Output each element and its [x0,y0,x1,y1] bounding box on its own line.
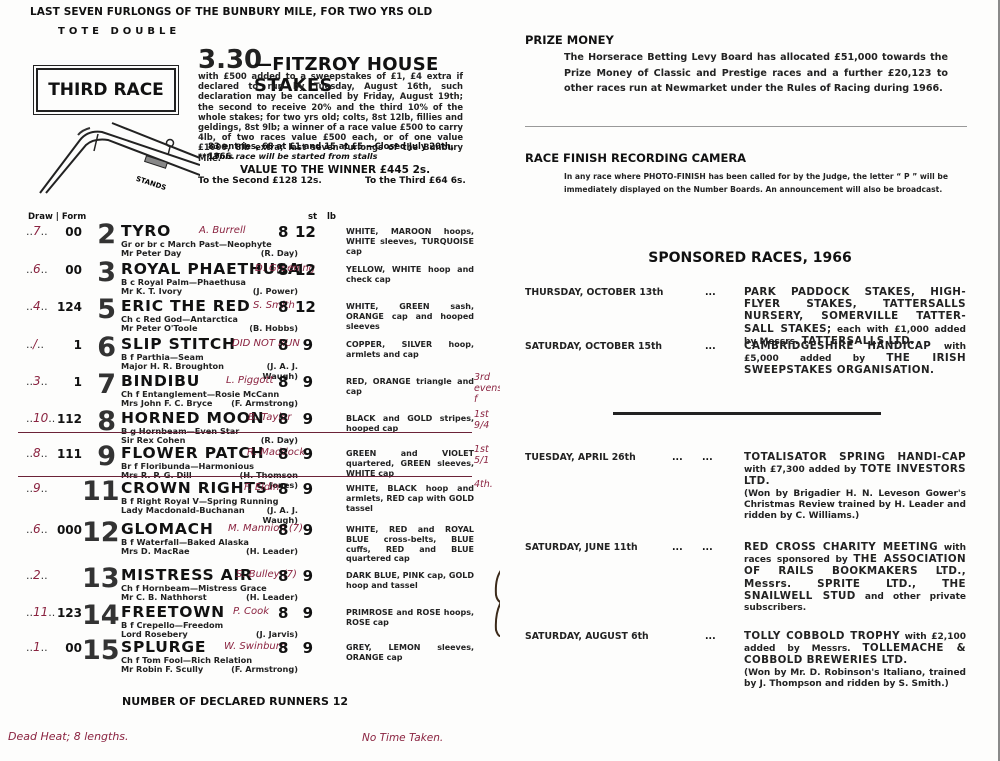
owner: Mr K. T. Ivory [121,286,182,296]
form-figures: 00 [52,641,82,655]
sponsored-race-date: THURSDAY, OCTOBER 13th [525,287,663,298]
sponsored-races-title: SPONSORED RACES, 1966 [500,250,1000,266]
sponsored-race-date: SATURDAY, AUGUST 6th [525,631,649,642]
racecard-number: 5 [82,295,116,325]
weight-stone: 8 [278,336,288,354]
weight-pounds: 9 [295,480,313,498]
weight-stone: 8 [278,373,288,391]
jockey-handwritten: L. Piggott [226,375,273,386]
racecard-number: 11 [82,477,116,507]
runner-row: ../..16SLIP STITCHDID NOT RUNB f Parthia… [0,335,500,373]
trainer: (H. Leader) [230,592,298,602]
owner: Major H. R. Broughton [121,361,224,371]
racing-colours: PRIMROSE and ROSE hoops, ROSE cap [346,608,474,628]
trainer: (J. Power) [230,286,298,296]
svg-text:STANDS: STANDS [135,175,167,192]
handwritten-time: No Time Taken. [362,732,443,744]
weight-pounds: 9 [295,521,313,539]
owner: Mrs John F. C. Bryce [121,398,212,408]
racecard-number: 3 [82,258,116,288]
racecard-number: 12 [82,518,116,548]
owner: Lady Macdonald-Buchanan [121,505,245,515]
jockey-handwritten: S. Smith [253,300,295,311]
runner-row: ..2..13MISTRESS AIRS. Bulley (7)Ch f Hor… [0,566,500,604]
racing-colours: YELLOW, WHITE hoop and check cap [346,265,474,285]
racecard-number: 2 [82,220,116,250]
owner: Mr C. B. Nathhorst [121,592,207,602]
race-distance-subtitle: LAST SEVEN FURLONGS OF THE BUNBURY MILE,… [30,6,432,18]
weight-stone: 8 [278,223,288,241]
form-figures: 124 [52,300,82,314]
tote-double-label: TOTE DOUBLE [58,26,180,37]
weight-pounds: 12 [295,223,313,241]
trainer: (H. Leader) [230,546,298,556]
runner-row: ..1..0015SPLURGEW. SwinburnCh f Tom Fool… [0,638,500,676]
horse-name: SPLURGE [121,638,206,656]
stalls-note: *** This race will be started from stall… [198,151,463,161]
racing-colours: RED, ORANGE triangle and cap [346,377,474,397]
form-figures: 00 [52,263,82,277]
sponsored-race-date: TUESDAY, APRIL 26th [525,452,636,463]
trainer: (R. Day) [230,248,298,258]
draw-form-header: Draw | Form [28,212,86,222]
owner: Mr Robin F. Scully [121,664,203,674]
leader-dots: ... ... [672,452,713,463]
racing-colours: WHITE, BLACK hoop and armlets, RED cap w… [346,484,474,513]
prize-money-heading: PRIZE MONEY [525,33,614,47]
weight-stone: 8 [278,639,288,657]
horse-name: SLIP STITCH [121,335,236,353]
pounds-header: lb [327,212,336,222]
weight-stone: 8 [278,298,288,316]
racecard-number: 15 [82,636,116,666]
racing-colours: WHITE, GREEN sash, ORANGE cap and hooped… [346,302,474,331]
section-divider-thick [613,412,881,415]
weight-stone: 8 [278,604,288,622]
value-to-third: To the Third £64 6s. [365,176,466,186]
form-figures: 1 [52,338,82,352]
racing-colours: BLACK and GOLD stripes, hooped cap [346,414,474,434]
weight-stone: 8 [278,567,288,585]
weight-pounds: 9 [295,336,313,354]
weight-stone: 8 [278,261,288,279]
value-to-winner: VALUE TO THE WINNER £445 2s. [240,164,430,176]
horse-name: FLOWER PATCH [121,444,264,462]
runner-row: ..10..1128HORNED MOONB. TaylorB g Hornbe… [0,409,500,447]
form-figures: 1 [52,375,82,389]
draw-number: ..2.. [26,568,56,582]
racing-colours: GREY, LEMON sleeves, ORANGE cap [346,643,474,663]
sponsored-race-title: RED CROSS CHARITY MEETING [744,541,938,553]
divider-rule [18,476,472,477]
sponsored-race-description: TOTALISATOR SPRING HANDI-CAP with £7,300… [744,452,966,522]
third-race-box: THIRD RACE [36,68,176,112]
racecard-number: 9 [82,442,116,472]
camera-heading: RACE FINISH RECORDING CAMERA [525,151,746,165]
racecard-number: 13 [82,564,116,594]
jockey-handwritten: M. Mannion (7) [228,523,303,534]
sponsored-race-description: CAMBRIDGESHIRE HANDICAP with £5,000 adde… [744,341,966,378]
draw-number: ..9.. [26,481,56,495]
horse-name: TYRO [121,222,171,240]
divider-rule [18,432,472,433]
form-figures: 00 [52,225,82,239]
runner-row: ..3..17BINDIBUL. PiggottCh f Entanglemen… [0,372,500,410]
course-map-icon: STANDS [30,115,200,195]
weight-pounds: 9 [295,604,313,622]
horse-name: MISTRESS AIR [121,566,253,584]
jockey-handwritten: W. Swinburn [224,641,286,652]
form-figures: 112 [52,412,82,426]
owner: Mr Peter O'Toole [121,323,198,333]
horse-name: BINDIBU [121,372,200,390]
runner-row: ..11..12314FREETOWNP. CookB f Crepello—F… [0,603,500,641]
form-figures: 000 [52,523,82,537]
owner: Mrs D. MacRae [121,546,190,556]
trainer: (B. Hobbs) [230,323,298,333]
runner-row: ..6..003ROYAL PHAETHUSAD. GreeningB c Ro… [0,260,500,298]
jockey-handwritten: A. Burrell [199,225,246,236]
sponsored-race-description: TOLLY COBBOLD TROPHY with £2,100 added b… [744,631,966,690]
horse-name: HORNED MOON [121,409,264,427]
horse-name: FREETOWN [121,603,225,621]
leader-dots: ... [705,287,716,298]
weight-stone: 8 [278,445,288,463]
weight-pounds: 9 [295,567,313,585]
racing-colours: WHITE, RED and ROYAL BLUE cross-belts, B… [346,525,474,564]
leader-dots: ... [705,631,716,642]
sponsored-race-date: SATURDAY, JUNE 11th [525,542,638,553]
camera-body: In any race where PHOTO-FINISH has been … [564,170,948,196]
sponsored-race-description: RED CROSS CHARITY MEETING with races spo… [744,542,966,614]
race-time: 3.30 [198,47,262,73]
racecard-number: 7 [82,370,116,400]
weight-pounds: 9 [295,639,313,657]
form-figures: 111 [52,447,82,461]
sponsored-race-description: PARK PADDOCK STAKES, HIGH-FLYER STAKES, … [744,287,966,348]
weight-pounds: 9 [295,373,313,391]
stone-header: st [308,212,317,222]
weight-stone: 8 [278,480,288,498]
trainer: (F. Armstrong) [230,664,298,674]
runner-row: ..6..00012GLOMACHM. Mannion (7)B f Water… [0,520,500,558]
jockey-handwritten: P. Cook [233,606,269,617]
leader-dots: ... [705,341,716,352]
owner: Mr Peter Day [121,248,181,258]
weight-pounds: 9 [295,445,313,463]
weight-stone: 8 [278,410,288,428]
racing-colours: COPPER, SILVER hoop, armlets and cap [346,340,474,360]
racing-colours: GREEN and VIOLET quartered, GREEN sleeve… [346,449,474,478]
sponsored-race-title: CAMBRIDGESHIRE HANDICAP [744,340,931,352]
form-figures: 123 [52,606,82,620]
leader-dots: ... ... [672,542,713,553]
sponsored-race-title: TOTALISATOR SPRING HANDI-CAP [744,451,966,463]
runner-row: ..4..1245ERIC THE REDS. SmithCh c Red Go… [0,297,500,335]
jockey-handwritten: F. Eldin [244,482,279,493]
runner-row: ..7..002TYROA. BurrellGr or br c March P… [0,222,500,260]
trainer: (F. Armstrong) [230,398,298,408]
racecard-number: 14 [82,601,116,631]
horse-name: GLOMACH [121,520,214,538]
weight-pounds: 12 [295,261,313,279]
horse-name: ERIC THE RED [121,297,251,315]
runner-row: ..9..11CROWN RIGHTSF. EldinB f Right Roy… [0,479,500,517]
sponsored-race-date: SATURDAY, OCTOBER 15th [525,341,662,352]
weight-pounds: 12 [295,298,313,316]
weight-stone: 8 [278,521,288,539]
prize-money-body: The Horserace Betting Levy Board has all… [564,50,948,97]
racing-colours: WHITE, MAROON hoops, WHITE sleeves, TURQ… [346,227,474,256]
handwritten-result: Dead Heat; 8 lengths. [8,730,129,743]
weight-pounds: 9 [295,410,313,428]
sponsored-race-title: TOLLY COBBOLD TROPHY [744,630,900,642]
racecard-left-page: LAST SEVEN FURLONGS OF THE BUNBURY MILE,… [0,0,500,761]
section-divider [525,126,967,127]
racecard-number: 6 [82,333,116,363]
racing-colours: DARK BLUE, PINK cap, GOLD hoop and tasse… [346,571,474,591]
jockey-handwritten: DID NOT RUN [232,338,300,349]
value-to-second: To the Second £128 12s. [198,176,322,186]
declared-runners: NUMBER OF DECLARED RUNNERS 12 [122,695,348,708]
